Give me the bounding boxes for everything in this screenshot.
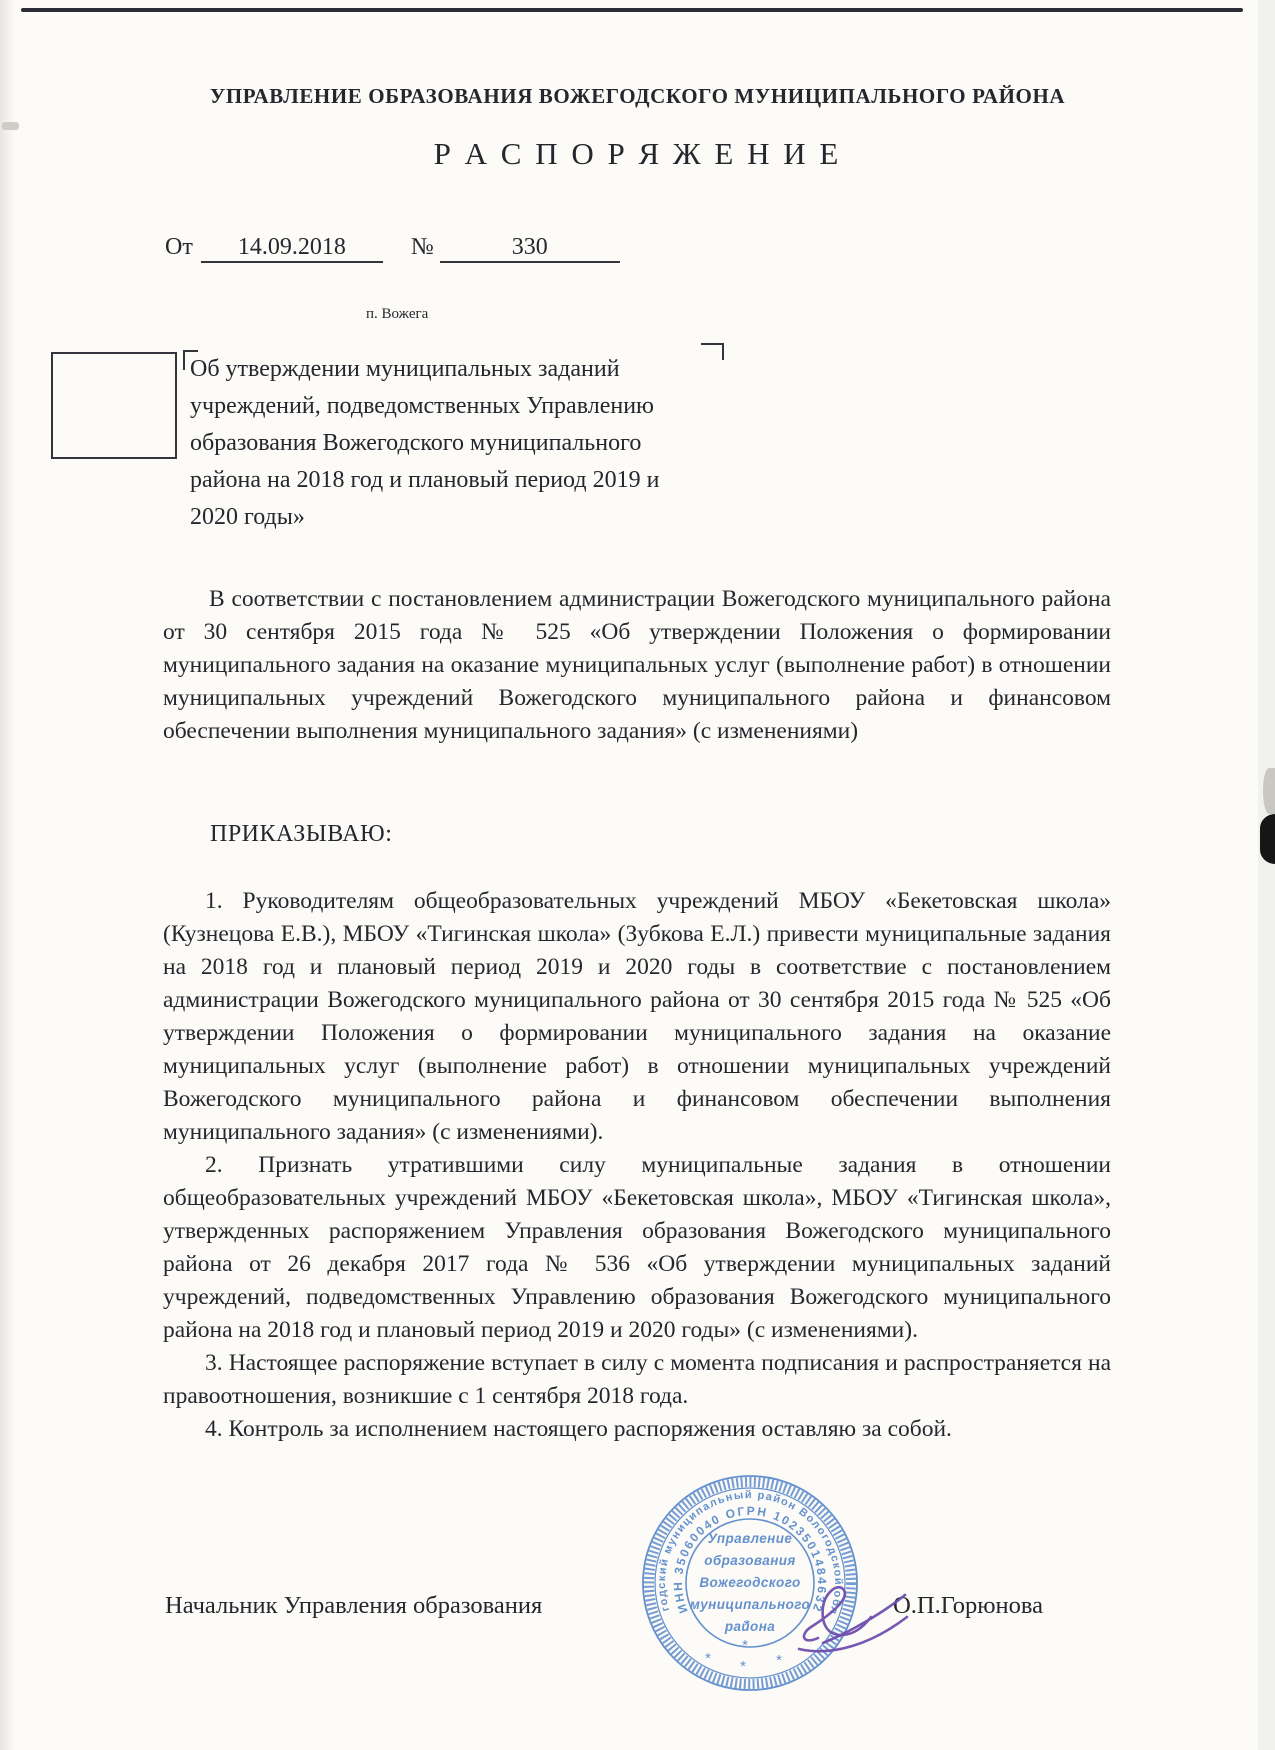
signer-position: Начальник Управления образования xyxy=(165,1592,542,1620)
stamp-center-line-2: образования xyxy=(704,1553,796,1568)
number-label: № xyxy=(411,234,434,260)
date-number-line: От14.09.2018№330 xyxy=(165,234,620,263)
subject-corner-close-mark xyxy=(701,343,724,360)
organization-name: УПРАВЛЕНИЕ ОБРАЗОВАНИЯ ВОЖЕГОДСКОГО МУНИ… xyxy=(0,84,1275,109)
order-item-3: 3. Настоящее распоряжение вступает в сил… xyxy=(163,1347,1111,1413)
order-item-1: 1. Руководителям общеобразовательных учр… xyxy=(163,885,1111,1149)
scan-edge-shadow xyxy=(0,0,15,1750)
scan-artifact-top-line xyxy=(21,8,1243,12)
scan-artifact-left-mark xyxy=(2,122,19,130)
blank-reference-box xyxy=(51,352,177,459)
stamp-center-line-3: Вожегодского xyxy=(699,1575,800,1590)
stamp-asterisk: * xyxy=(776,1652,782,1669)
scanned-document-page: УПРАВЛЕНИЕ ОБРАЗОВАНИЯ ВОЖЕГОДСКОГО МУНИ… xyxy=(0,0,1275,1750)
stamp-asterisk: * xyxy=(740,1658,746,1675)
document-title: Р А С П О Р Я Ж Е Н И Е xyxy=(0,136,1275,172)
preamble-paragraph: В соответствии с постановлением админист… xyxy=(163,583,1111,748)
stamp-asterisk: * xyxy=(742,1637,748,1654)
order-items: 1. Руководителям общеобразовательных учр… xyxy=(163,885,1111,1446)
resolution-word: ПРИКАЗЫВАЮ: xyxy=(210,821,392,848)
order-item-4: 4. Контроль за исполнением настоящего ра… xyxy=(163,1413,1111,1446)
stamp-center-line-1: Управление xyxy=(708,1531,793,1546)
stamp-asterisk: * xyxy=(705,1650,711,1667)
handwritten-signature xyxy=(793,1583,919,1663)
from-label: От xyxy=(165,234,193,260)
subject-text: Об утверждении муниципальных заданий учр… xyxy=(190,351,674,536)
place-line: п. Вожега xyxy=(366,306,428,323)
scan-artifact-smudge xyxy=(1263,768,1275,814)
stamp-asterisk: * xyxy=(744,1617,750,1634)
date-value: 14.09.2018 xyxy=(201,234,383,263)
scan-artifact-black-blob xyxy=(1260,814,1275,864)
order-item-2: 2. Признать утратившими силу муниципальн… xyxy=(163,1149,1111,1347)
number-value: 330 xyxy=(440,234,620,263)
scan-right-margin xyxy=(1258,0,1275,1750)
